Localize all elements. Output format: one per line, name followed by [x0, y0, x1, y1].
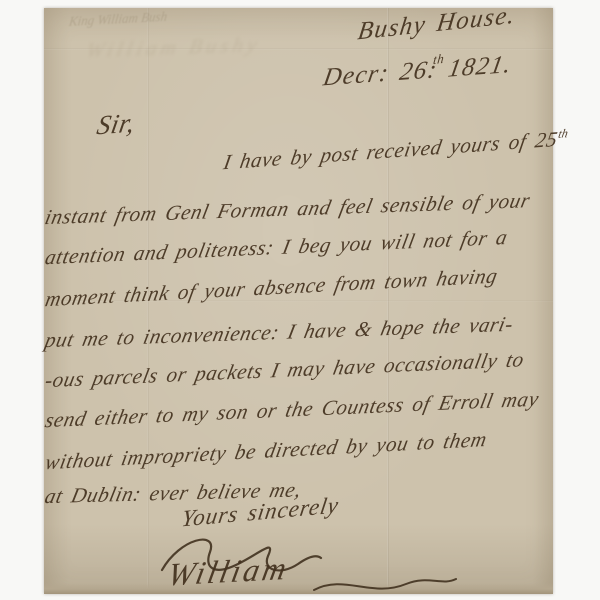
salutation: Sir, — [94, 107, 137, 141]
paper-bottom-edge — [44, 583, 553, 594]
letter-photograph: King William Bush William Bushy Bushy Ho… — [0, 0, 600, 600]
body-line: -ous parcels or packets I may have occas… — [43, 347, 527, 393]
opening-text: I have by post received yours of 25 — [222, 127, 560, 175]
signature: William — [165, 550, 293, 594]
ink-showthrough-smudge: William Bushy — [85, 32, 263, 63]
opening-superscript: th — [557, 126, 569, 141]
body-line: attention and politeness: I beg you will… — [43, 225, 510, 270]
pencil-annotation: King William Bush — [68, 9, 168, 30]
letter-paper: King William Bush William Bushy Bushy Ho… — [44, 8, 553, 594]
body-line: put me to inconvenience: I have & hope t… — [43, 312, 516, 354]
body-line-opening: I have by post received yours of 25th — [222, 126, 570, 175]
body-line: moment think of your absence from town h… — [43, 263, 500, 312]
body-line: without impropriety be directed by you t… — [43, 427, 489, 475]
letter-place-heading: Bushy House. — [356, 1, 518, 46]
letter-date: Decr: 26: 1821. — [321, 51, 514, 93]
body-line: send either to my son or the Countess of… — [43, 386, 541, 433]
body-line: instant from Genl Forman and feel sensib… — [43, 188, 533, 230]
signature-swash — [310, 572, 460, 600]
